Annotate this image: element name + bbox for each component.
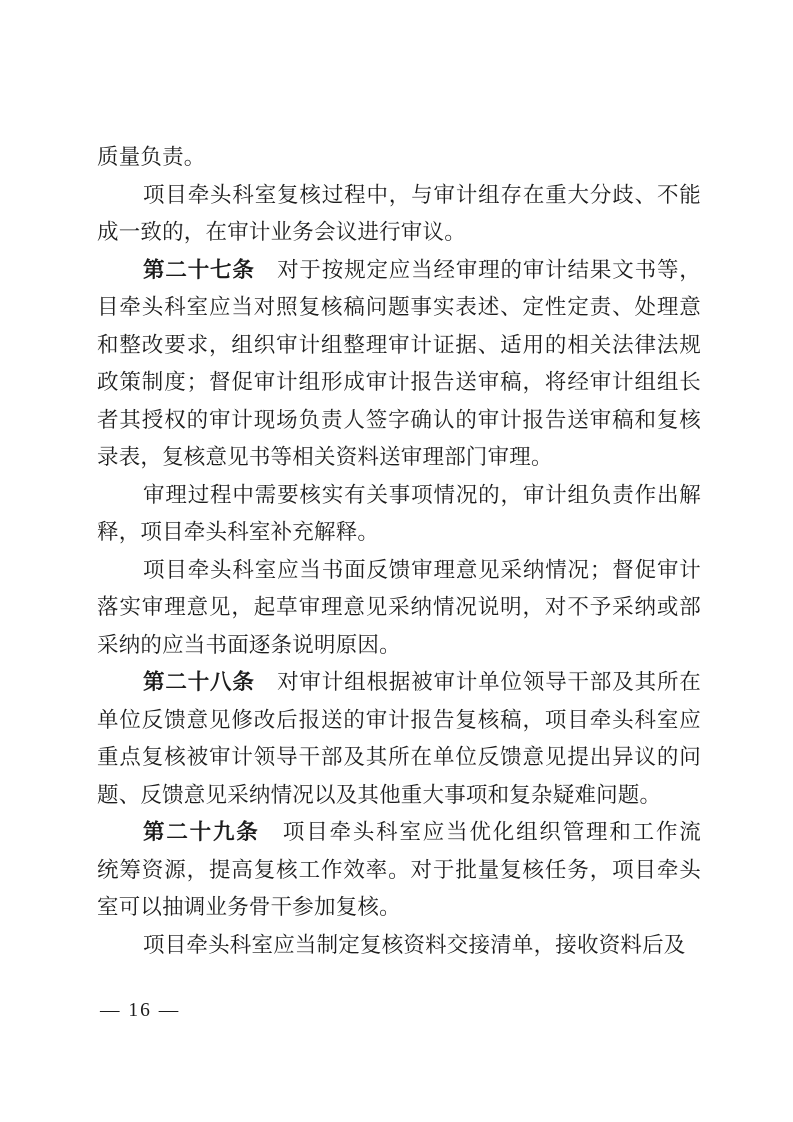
text-line: 第二十九条 项目牵头科室应当优化组织管理和工作流程， <box>97 814 701 852</box>
text-line: 录表，复核意见书等相关资料送审理部门审理。 <box>97 439 701 477</box>
article-number: 第二十九条 <box>143 820 260 844</box>
text-line: 室可以抽调业务骨干参加复核。 <box>97 889 701 927</box>
text-line: 成一致的，在审计业务会议进行审议。 <box>97 214 701 252</box>
line-text: 单位反馈意见修改后报送的审计报告复核稿，项目牵头科室应当 <box>97 708 701 740</box>
line-text: 成一致的，在审计业务会议进行审议。 <box>97 220 466 244</box>
text-line: 质量负责。 <box>97 139 701 177</box>
text-line: 统筹资源，提高复核工作效率。对于批量复核任务，项目牵头科 <box>97 852 701 890</box>
page-number: — 16 — <box>100 1000 180 1022</box>
line-text: 和整改要求，组织审计组整理审计证据、适用的相关法律法规和 <box>97 333 701 365</box>
text-line: 落实审理意见，起草审理意见采纳情况说明，对不予采纳或部分 <box>97 589 701 627</box>
line-text: 者其授权的审计现场负责人签字确认的审计报告送审稿和复核记 <box>97 408 701 440</box>
text-line: 释，项目牵头科室补充解释。 <box>97 514 701 552</box>
text-line: 项目牵头科室应当制定复核资料交接清单，接收资料后及时 <box>97 927 701 965</box>
text-line: 政策制度；督促审计组形成审计报告送审稿，将经审计组组长或 <box>97 364 701 402</box>
article-number: 第二十七条 <box>143 258 255 282</box>
text-line: 和整改要求，组织审计组整理审计证据、适用的相关法律法规和 <box>97 327 701 365</box>
line-text: 重点复核被审计领导干部及其所在单位反馈意见提出异议的问 <box>97 745 701 769</box>
text-line: 第二十七条 对于按规定应当经审理的审计结果文书等，项 <box>97 252 701 290</box>
line-text: 录表，复核意见书等相关资料送审理部门审理。 <box>97 445 553 469</box>
text-line: 题、反馈意见采纳情况以及其他重大事项和复杂疑难问题。 <box>97 777 701 815</box>
line-text: 统筹资源，提高复核工作效率。对于批量复核任务，项目牵头科 <box>97 858 701 890</box>
text-line: 第二十八条 对审计组根据被审计单位领导干部及其所在 <box>97 664 701 702</box>
text-line: 者其授权的审计现场负责人签字确认的审计报告送审稿和复核记 <box>97 402 701 440</box>
line-text: 项目牵头科室复核过程中，与审计组存在重大分歧、不能达 <box>143 183 701 215</box>
article-number: 第二十八条 <box>143 670 255 694</box>
line-text: 采纳的应当书面逐条说明原因。 <box>97 633 401 657</box>
text-line: 项目牵头科室应当书面反馈审理意见采纳情况；督促审计组 <box>97 552 701 590</box>
line-text: 室可以抽调业务骨干参加复核。 <box>97 895 401 919</box>
text-line: 重点复核被审计领导干部及其所在单位反馈意见提出异议的问 <box>97 739 701 777</box>
line-text: 目牵头科室应当对照复核稿问题事实表述、定性定责、处理意见 <box>97 295 701 327</box>
line-text: 释，项目牵头科室补充解释。 <box>97 520 379 544</box>
body-text: 质量负责。项目牵头科室复核过程中，与审计组存在重大分歧、不能达成一致的，在审计业… <box>97 139 701 964</box>
text-line: 采纳的应当书面逐条说明原因。 <box>97 627 701 665</box>
line-text: 题、反馈意见采纳情况以及其他重大事项和复杂疑难问题。 <box>97 783 661 807</box>
page-number-label: — 16 — <box>100 1000 180 1021</box>
line-text: 落实审理意见，起草审理意见采纳情况说明，对不予采纳或部分 <box>97 595 701 627</box>
text-line: 目牵头科室应当对照复核稿问题事实表述、定性定责、处理意见 <box>97 289 701 327</box>
line-text: 质量负责。 <box>97 145 206 169</box>
text-line: 单位反馈意见修改后报送的审计报告复核稿，项目牵头科室应当 <box>97 702 701 740</box>
line-text: 政策制度；督促审计组形成审计报告送审稿，将经审计组组长或 <box>97 370 701 402</box>
line-text: 项目牵头科室应当制定复核资料交接清单，接收资料后及时 <box>143 933 686 965</box>
text-line: 项目牵头科室复核过程中，与审计组存在重大分歧、不能达 <box>97 177 701 215</box>
line-text: 对审计组根据被审计单位领导干部及其所在 <box>255 670 701 694</box>
line-text: 审理过程中需要核实有关事项情况的，审计组负责作出解 <box>143 483 701 507</box>
document-page: 质量负责。项目牵头科室复核过程中，与审计组存在重大分歧、不能达成一致的，在审计业… <box>0 0 793 1122</box>
line-text: 项目牵头科室应当书面反馈审理意见采纳情况；督促审计组 <box>143 558 701 590</box>
text-line: 审理过程中需要核实有关事项情况的，审计组负责作出解 <box>97 477 701 515</box>
